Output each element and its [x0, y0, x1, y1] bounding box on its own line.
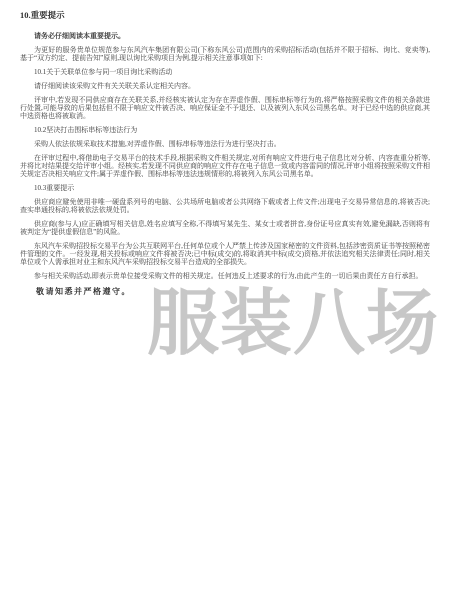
- section-10-3-paragraph: 供应商(参与人)应正确填写相关信息,姓名应填写全称,不得填写某先生、某女士或者拼…: [20, 220, 430, 236]
- section-10-1-paragraph: 评审中,若发现不同供应商存在关联关系,并经核实被认定为存在弄虚作假、围标串标等行…: [20, 96, 430, 120]
- watermark-text: 服装八场: [147, 284, 439, 364]
- section-heading-10-1: 10.1关于关联单位参与同一项目询比采购活动: [20, 68, 430, 76]
- page-title: 10.重要提示: [20, 10, 430, 20]
- section-heading-10-2: 10.2坚决打击围标串标等违法行为: [20, 126, 430, 134]
- notice-line: 请务必仔细阅读本重要提示。: [20, 32, 430, 40]
- closing-line: 敬请知悉并严格遵守。: [20, 288, 430, 296]
- section-10-2-paragraph: 采购人依法依规采取技术措施,对弄虚作假、围标串标等违法行为进行坚决打击。: [20, 140, 430, 148]
- section-10-3-paragraph: 东风汽车采购招投标交易平台为公共互联网平台,任何单位或个人严禁上传涉及国家秘密的…: [20, 242, 430, 266]
- section-10-1-paragraph: 请仔细阅读该采购文件有关关联关系认定相关内容。: [20, 82, 430, 90]
- section-10-3-paragraph: 供应商应避免使用非唯一硬盘系列号的电脑、公共场所电脑或者公共网络下载或者上传文件…: [20, 198, 430, 214]
- section-10-2-paragraph: 在评审过程中,将借助电子交易平台的技术手段,根据采购文件相关规定,对所有响应文件…: [20, 154, 430, 178]
- intro-paragraph: 为更好的服务贵单位规范参与东风汽车集团有限公司(下称东风公司)范围内的采购招标活…: [20, 46, 430, 62]
- section-heading-10-3: 10.3重要提示: [20, 184, 430, 192]
- document-page: 10.重要提示 请务必仔细阅读本重要提示。 为更好的服务贵单位规范参与东风汽车集…: [0, 0, 450, 296]
- section-10-3-paragraph: 参与相关采购活动,即表示贵单位接受采购文件的相关规定。任何违反上述要求的行为,由…: [20, 272, 430, 280]
